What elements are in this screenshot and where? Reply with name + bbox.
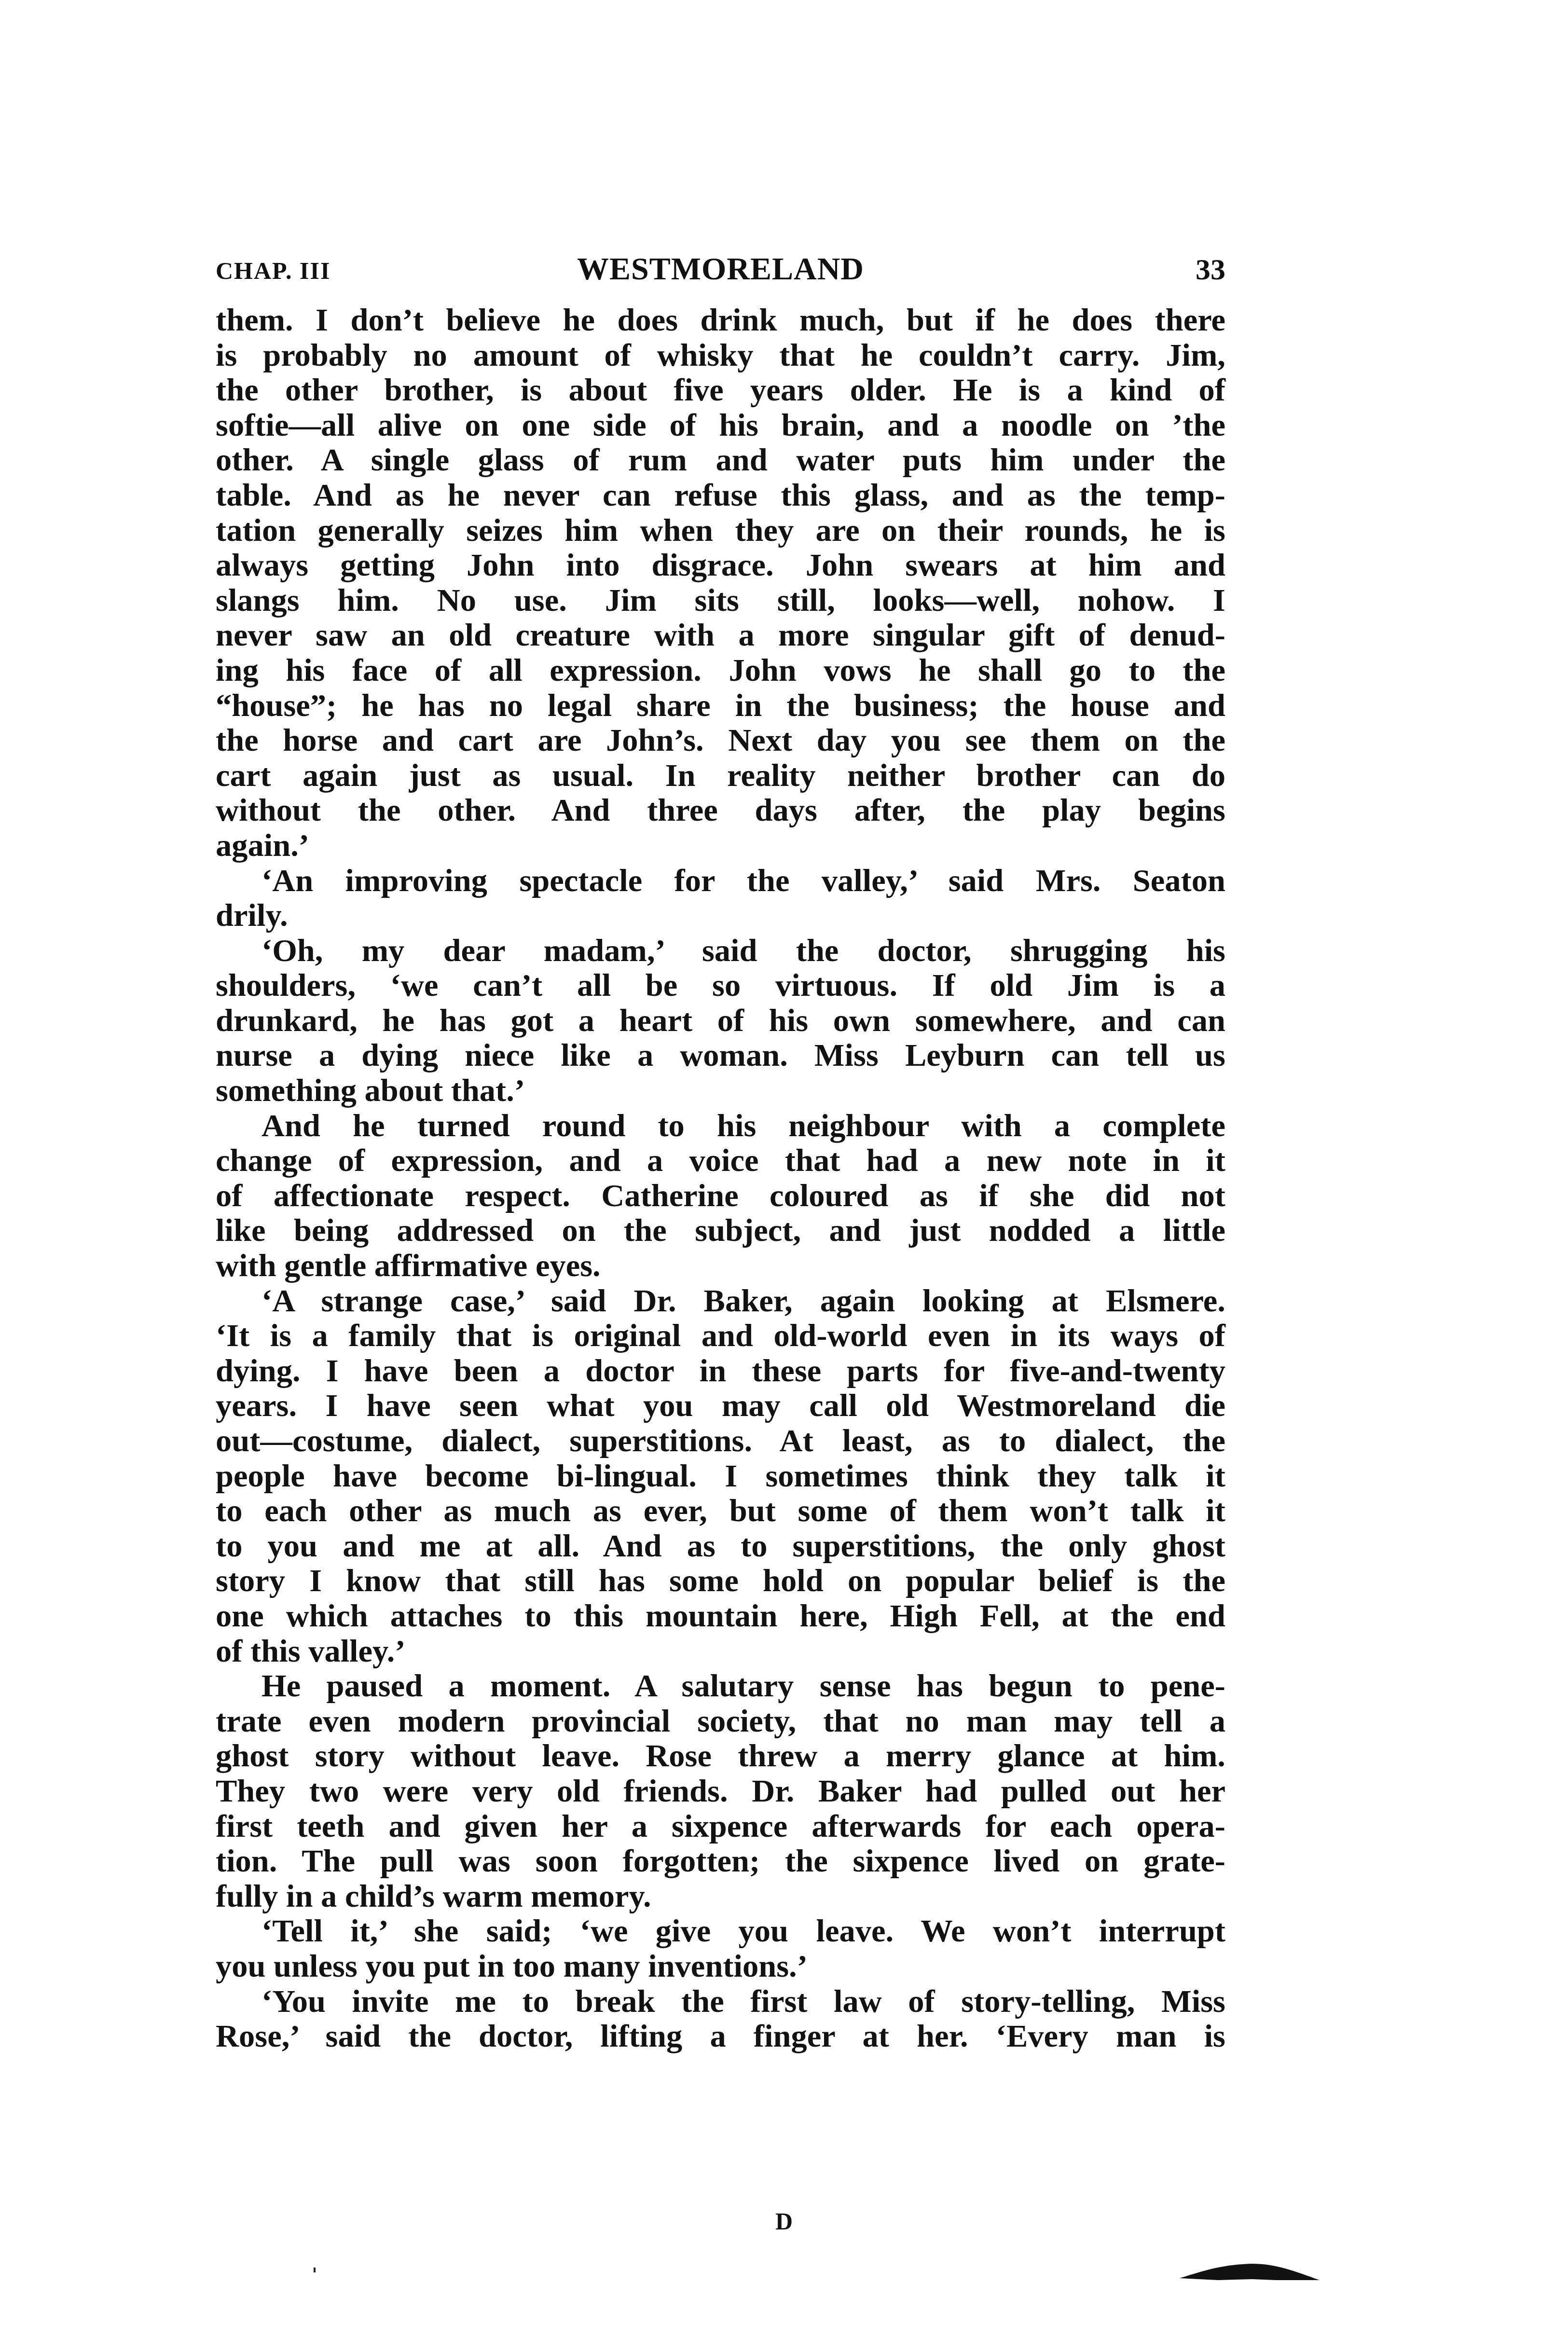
text-line: ‘An improving spectacle for the valley,’… xyxy=(216,864,1225,899)
text-line: fully in a child’s warm memory. xyxy=(216,1879,1225,1914)
text-line: trate even modern provincial society, th… xyxy=(216,1704,1225,1739)
text-line: slangs him. No use. Jim sits still, look… xyxy=(216,583,1225,619)
text-line: tation generally seizes him when they ar… xyxy=(216,513,1225,549)
text-line: to you and me at all. And as to supersti… xyxy=(216,1529,1225,1564)
text-line: something about that.’ xyxy=(216,1073,1225,1109)
text-line: He paused a moment. A salutary sense has… xyxy=(216,1669,1225,1704)
text-line: ing his face of all expression. John vow… xyxy=(216,653,1225,688)
text-line: ‘Tell it,’ she said; ‘we give you leave.… xyxy=(216,1914,1225,1949)
text-line: first teeth and given her a sixpence aft… xyxy=(216,1809,1225,1844)
text-line: change of expression, and a voice that h… xyxy=(216,1143,1225,1179)
text-line: They two were very old friends. Dr. Bake… xyxy=(216,1774,1225,1809)
text-line: other. A single glass of rum and water p… xyxy=(216,443,1225,478)
text-line: people have become bi-lingual. I sometim… xyxy=(216,1459,1225,1494)
text-line: without the other. And three days after,… xyxy=(216,793,1225,828)
book-page: CHAP. III WESTMORELAND 33 them. I don’t … xyxy=(0,0,1568,2352)
text-line: you unless you put in too many invention… xyxy=(216,1949,1225,1984)
text-line: softie—all alive on one side of his brai… xyxy=(216,408,1225,443)
text-line: ghost story without leave. Rose threw a … xyxy=(216,1739,1225,1774)
text-line: like being addressed on the subject, and… xyxy=(216,1213,1225,1249)
text-line: to each other as much as ever, but some … xyxy=(216,1494,1225,1529)
text-line: ‘Oh, my dear madam,’ said the doctor, sh… xyxy=(216,934,1225,969)
text-line: ‘It is a family that is original and old… xyxy=(216,1319,1225,1354)
text-line: the other brother, is about five years o… xyxy=(216,373,1225,408)
running-title: WESTMORELAND xyxy=(216,251,1225,288)
text-line: nurse a dying niece like a woman. Miss L… xyxy=(216,1038,1225,1073)
ink-blot xyxy=(1180,2263,1320,2282)
text-line: of affectionate respect. Catherine colou… xyxy=(216,1179,1225,1214)
text-line: ‘You invite me to break the first law of… xyxy=(216,1984,1225,2020)
text-line: of this valley.’ xyxy=(216,1634,1225,1669)
text-line: shoulders, ‘we can’t all be so virtuous.… xyxy=(216,968,1225,1004)
running-head: CHAP. III WESTMORELAND 33 xyxy=(216,251,1225,289)
text-line: the horse and cart are John’s. Next day … xyxy=(216,723,1225,758)
text-line: years. I have seen what you may call old… xyxy=(216,1389,1225,1424)
text-line: cart again just as usual. In reality nei… xyxy=(216,758,1225,794)
text-line: one which attaches to this mountain here… xyxy=(216,1599,1225,1634)
ink-speck xyxy=(314,2268,316,2272)
text-line: table. And as he never can refuse this g… xyxy=(216,478,1225,513)
signature-mark: D xyxy=(0,2207,1568,2235)
text-line: And he turned round to his neighbour wit… xyxy=(216,1109,1225,1144)
text-line: drunkard, he has got a heart of his own … xyxy=(216,1004,1225,1039)
page-number: 33 xyxy=(1196,253,1225,287)
text-line: always getting John into disgrace. John … xyxy=(216,548,1225,583)
text-line: out—costume, dialect, superstitions. At … xyxy=(216,1424,1225,1459)
text-line: is probably no amount of whisky that he … xyxy=(216,338,1225,373)
text-line: tion. The pull was soon forgotten; the s… xyxy=(216,1844,1225,1879)
text-line: dying. I have been a doctor in these par… xyxy=(216,1354,1225,1389)
text-line: with gentle affirmative eyes. xyxy=(216,1249,1225,1284)
text-line: them. I don’t believe he does drink much… xyxy=(216,303,1225,338)
text-line: story I know that still has some hold on… xyxy=(216,1564,1225,1599)
text-line: “house”; he has no legal share in the bu… xyxy=(216,688,1225,724)
body-text: them. I don’t believe he does drink much… xyxy=(216,303,1225,2054)
text-line: drily. xyxy=(216,898,1225,934)
text-line: again.’ xyxy=(216,828,1225,864)
text-line: never saw an old creature with a more si… xyxy=(216,618,1225,653)
text-line: Rose,’ said the doctor, lifting a finger… xyxy=(216,2019,1225,2054)
text-line: ‘A strange case,’ said Dr. Baker, again … xyxy=(216,1284,1225,1319)
